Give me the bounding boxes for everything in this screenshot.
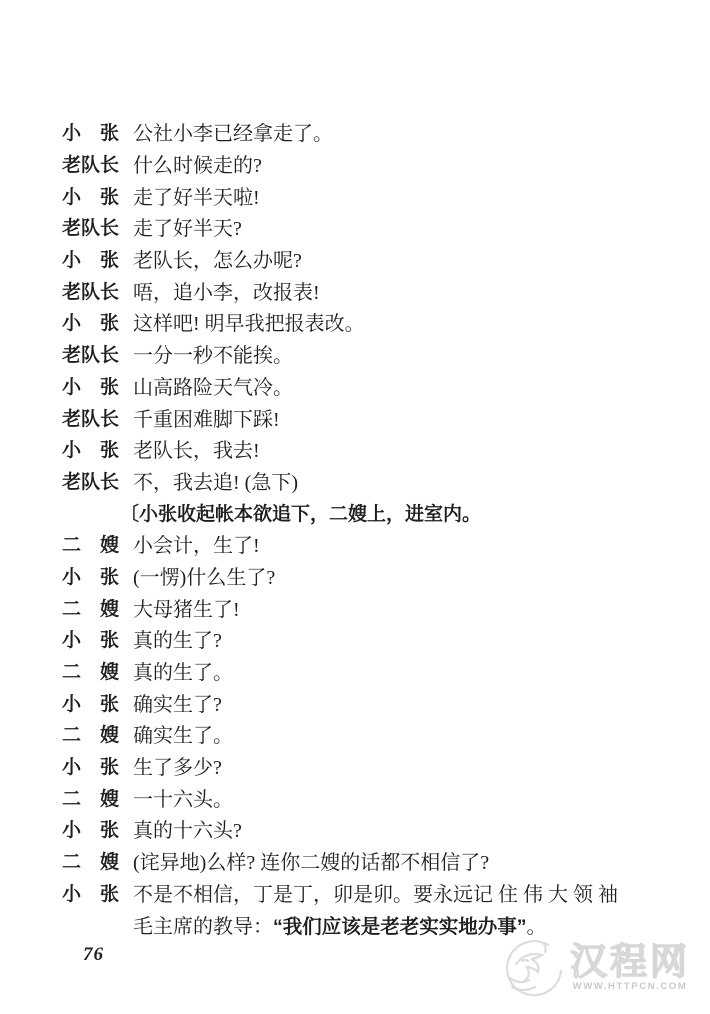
dialogue-row: 小 张老队长，我去! [62, 433, 637, 465]
line-text-main: 真的生了? [133, 630, 222, 652]
line-text-main: 大母猪生了! [133, 599, 240, 621]
dialogue-row: 小 张山高路险天气冷。 [62, 370, 637, 402]
speaker-name: 二 嫂 [62, 720, 122, 747]
line-text: 〔小张收起帐本欲追下，二嫂上，进室内。 [120, 499, 481, 526]
speaker-name: 小 张 [62, 182, 122, 209]
line-text-main: 唔，追小李，改报表! [133, 282, 320, 304]
line-text: 生了多少? [133, 751, 222, 780]
line-text-main: 小会计，生了! [133, 535, 260, 557]
line-text-main: 不是不相信，丁是丁，卯是卯。要永远 [133, 884, 473, 906]
speaker-name: 二 嫂 [62, 530, 122, 557]
dialogue-row: 老队长千重困难脚下踩! [62, 401, 637, 433]
line-text: 真的十六头? [133, 814, 242, 843]
line-text: 老队长，我去! [133, 434, 260, 463]
dialogue-row: 老队长什么时候走的? [62, 148, 637, 180]
line-text: 毛主席的教导：“我们应该是老老实实地办事”。 [133, 910, 547, 939]
speaker-name: 老队长 [62, 277, 122, 304]
line-text: 山高路险天气冷。 [133, 371, 293, 400]
speaker-name: 老队长 [62, 340, 122, 367]
line-text-main: 一分一秒不能挨。 [133, 345, 293, 367]
speaker-name: 二 嫂 [62, 847, 122, 874]
speaker-name: 小 张 [62, 625, 122, 652]
speaker-name: 二 嫂 [62, 594, 122, 621]
line-text-main: 什么时候走的? [133, 155, 262, 177]
line-text: 一分一秒不能挨。 [133, 339, 293, 368]
dialogue-row: 老队长不，我去追! (急下) [62, 465, 637, 497]
speaker-name: 小 张 [62, 879, 122, 906]
line-text: 真的生了? [133, 624, 222, 653]
line-text-main: 这样吧! 明早我把报表改。 [133, 313, 365, 335]
line-text: 公社小李已经拿走了。 [133, 117, 333, 146]
dialogue-row: 小 张老队长，怎么办呢? [62, 243, 637, 275]
line-text-bold-quote: “我们应该是老老实实地办事” [273, 916, 527, 938]
dialogue-row: 二 嫂真的生了。 [62, 655, 637, 687]
speaker-name: 小 张 [62, 815, 122, 842]
speaker-name: 小 张 [62, 562, 122, 589]
line-text-main: 一十六头。 [133, 789, 233, 811]
direction-row: 〔小张收起帐本欲追下，二嫂上，进室内。 [62, 496, 637, 528]
line-text-main: 老队长，我去! [133, 440, 260, 462]
speaker-name: 小 张 [62, 689, 122, 716]
book-page: 小 张公社小李已经拿走了。老队长什么时候走的?小 张走了好半天啦!老队长走了好半… [0, 0, 710, 1014]
dialogue-row: 二 嫂大母猪生了! [62, 591, 637, 623]
script-dialogue-block: 小 张公社小李已经拿走了。老队长什么时候走的?小 张走了好半天啦!老队长走了好半… [62, 116, 637, 940]
dialogue-row: 小 张真的生了? [62, 623, 637, 655]
dialogue-row: 小 张不是不相信，丁是丁，卯是卯。要永远记住伟大领袖 [62, 877, 637, 909]
line-text: 走了好半天? [133, 212, 242, 241]
line-text: 确实生了。 [133, 719, 233, 748]
line-text-main: 老队长，怎么办呢? [133, 250, 302, 272]
dialogue-row: 二 嫂一十六头。 [62, 781, 637, 813]
line-text-main: 生了多少? [133, 757, 222, 779]
dialogue-row: 小 张确实生了? [62, 686, 637, 718]
line-text: 老队长，怎么办呢? [133, 244, 302, 273]
speaker-name: 二 嫂 [62, 657, 122, 684]
dialogue-row: 小 张公社小李已经拿走了。 [62, 116, 637, 148]
line-text-main: (诧异地)么样? 连你二嫂的话都不相信了? [133, 852, 489, 874]
dialogue-row: 老队长唔，追小李，改报表! [62, 274, 637, 306]
speaker-name: 老队长 [62, 213, 122, 240]
dragon-circle-logo-icon [498, 934, 566, 1002]
line-text: 不是不相信，丁是丁，卯是卯。要永远记住伟大领袖 [133, 878, 623, 907]
line-text: 什么时候走的? [133, 149, 262, 178]
line-text: 唔，追小李，改报表! [133, 276, 320, 305]
line-text-main: 走了好半天啦! [133, 187, 260, 209]
dialogue-row: 二 嫂小会计，生了! [62, 528, 637, 560]
speaker-name: 小 张 [62, 308, 122, 335]
speaker-name: 小 张 [62, 245, 122, 272]
watermark-site-name: 汉程网 [570, 944, 690, 980]
line-text: 确实生了? [133, 688, 222, 717]
speaker-name: 老队长 [62, 467, 122, 494]
speaker-name: 小 张 [62, 435, 122, 462]
line-text: 大母猪生了! [133, 593, 240, 622]
watermark-site-url: WWW.HTTPCN.COM [570, 981, 690, 992]
dialogue-row: 小 张(一愣)什么生了? [62, 560, 637, 592]
line-text-main: 公社小李已经拿走了。 [133, 123, 333, 145]
line-text-main: 〔小张收起帐本欲追下，二嫂上，进室内。 [120, 504, 481, 525]
line-text-main: 山高路险天气冷。 [133, 377, 293, 399]
speaker-name: 小 张 [62, 118, 122, 145]
line-text: 真的生了。 [133, 656, 233, 685]
dialogue-row: 小 张生了多少? [62, 750, 637, 782]
speaker-name: 二 嫂 [62, 784, 122, 811]
dialogue-row: 老队长一分一秒不能挨。 [62, 338, 637, 370]
line-text-main: 确实生了? [133, 694, 222, 716]
dialogue-row: 老队长走了好半天? [62, 211, 637, 243]
line-text: 走了好半天啦! [133, 181, 260, 210]
line-text-main: 千重困难脚下踩! [133, 409, 280, 431]
dialogue-row: 二 嫂确实生了。 [62, 718, 637, 750]
line-text-spaced: 记住伟大领袖 [473, 884, 623, 906]
dialogue-row: 二 嫂(诧异地)么样? 连你二嫂的话都不相信了? [62, 845, 637, 877]
dialogue-row: 小 张这样吧! 明早我把报表改。 [62, 306, 637, 338]
watermark: 汉程网 WWW.HTTPCN.COM [498, 932, 706, 1004]
dialogue-row: 小 张真的十六头? [62, 813, 637, 845]
speaker-name: 老队长 [62, 404, 122, 431]
line-text: 这样吧! 明早我把报表改。 [133, 307, 365, 336]
watermark-text: 汉程网 WWW.HTTPCN.COM [570, 944, 690, 992]
line-text-main: 确实生了。 [133, 725, 233, 747]
line-text: 一十六头。 [133, 783, 233, 812]
speaker-name: 老队长 [62, 150, 122, 177]
line-text-main: 真的生了。 [133, 662, 233, 684]
page-number: 76 [83, 944, 104, 966]
line-text: (诧异地)么样? 连你二嫂的话都不相信了? [133, 846, 489, 875]
speaker-name: 小 张 [62, 372, 122, 399]
line-text-pre: 毛主席的教导： [133, 916, 273, 938]
line-text: (一愣)什么生了? [133, 561, 275, 590]
line-text-main: 真的十六头? [133, 820, 242, 842]
line-text-main: 走了好半天? [133, 218, 242, 240]
line-text: 千重困难脚下踩! [133, 403, 280, 432]
speaker-name: 小 张 [62, 752, 122, 779]
line-text-main: 不，我去追! (急下) [133, 472, 298, 494]
dialogue-row: 小 张走了好半天啦! [62, 179, 637, 211]
line-text: 小会计，生了! [133, 529, 260, 558]
line-text-main: (一愣)什么生了? [133, 567, 275, 589]
line-text: 不，我去追! (急下) [133, 466, 298, 495]
